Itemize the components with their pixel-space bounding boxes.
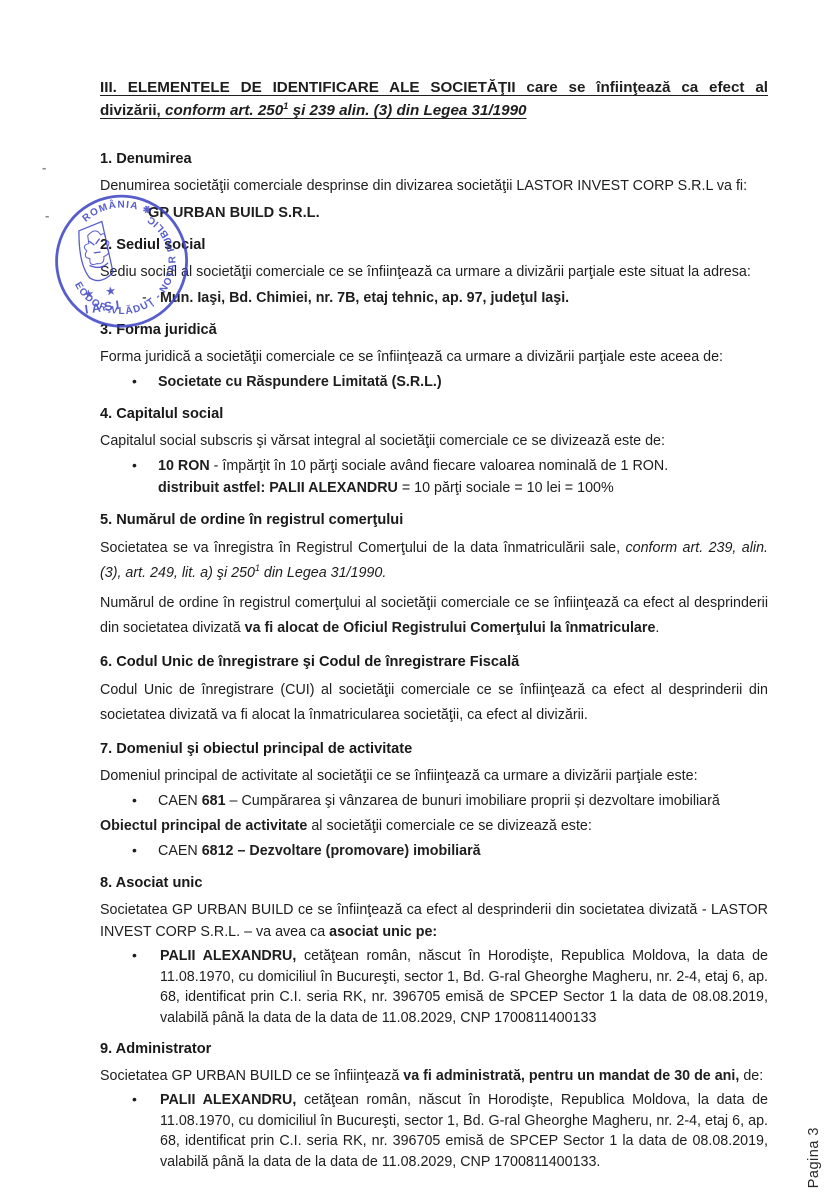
paragraph: Denumirea societăţii comerciale desprins… (100, 175, 768, 197)
paragraph: Societatea GP URBAN BUILD ce se înfiinţe… (100, 899, 768, 943)
bullet-icon: • (132, 1089, 137, 1110)
list-item: • 10 RON - împărţit în 10 părţi sociale … (100, 455, 768, 499)
title-line-1: III. ELEMENTELE DE IDENTIFICARE ALE SOCI… (100, 76, 768, 99)
section-heading-5: 5. Numărul de ordine în registrul comerţ… (100, 509, 768, 531)
list-item: • PALII ALEXANDRU, cetăţean român, născu… (100, 946, 768, 1028)
bullet-icon: • (132, 945, 137, 966)
bullet-icon: • (132, 789, 137, 811)
document-content: III. ELEMENTELE DE IDENTIFICARE ALE SOCI… (100, 76, 768, 1175)
document-title: III. ELEMENTELE DE IDENTIFICARE ALE SOCI… (100, 76, 768, 122)
paragraph: Codul Unic de înregistrare (CUI) al soci… (100, 678, 768, 728)
paragraph: Domeniul principal de activitate al soci… (100, 765, 768, 787)
list-item: • CAEN 6812 – Dezvoltare (promovare) imo… (100, 840, 768, 862)
paragraph: Societatea se va înregistra în Registrul… (100, 536, 768, 586)
list-item: • Societate cu Răspundere Limitată (S.R.… (100, 371, 768, 393)
section-heading-6: 6. Codul Unic de înregistrare şi Codul d… (100, 651, 768, 673)
list-item: • PALII ALEXANDRU, cetăţean român, născu… (100, 1090, 768, 1172)
section-heading-3: 3. Forma juridică (100, 319, 768, 341)
list-item: • CAEN 681 – Cumpărarea şi vânzarea de b… (100, 790, 768, 812)
section-heading-7: 7. Domeniul şi obiectul principal de act… (100, 738, 768, 760)
paragraph: Obiectul principal de activitate al soci… (100, 815, 768, 837)
title-line-2: divizării, conform art. 2501 şi 239 alin… (100, 99, 768, 122)
page-number: Pagina 3 (806, 1127, 822, 1188)
company-name-line: GP URBAN BUILD S.R.L. (148, 202, 768, 224)
paragraph: Societatea GP URBAN BUILD ce se înfiinţe… (100, 1065, 768, 1087)
document-page: - - III. ELEMENTELE DE IDENTIFICARE ALE … (0, 0, 832, 1200)
paragraph: Sediu social al societăţii comerciale ce… (100, 261, 768, 283)
section-heading-9: 9. Administrator (100, 1038, 768, 1060)
section-heading-8: 8. Asociat unic (100, 872, 768, 894)
scan-margin-mark: - (42, 160, 46, 175)
section-heading-2: 2. Sediul social (100, 234, 768, 256)
bullet-icon: • (132, 839, 137, 861)
paragraph: Capitalul social subscris şi vărsat inte… (100, 430, 768, 452)
paragraph: Forma juridică a societăţii comerciale c… (100, 346, 768, 368)
address-item: - Mun. Iaşi, Bd. Chimiei, nr. 7B, etaj t… (100, 287, 768, 309)
section-heading-4: 4. Capitalul social (100, 403, 768, 425)
dash-icon: - (142, 287, 147, 309)
bullet-icon: • (132, 370, 137, 392)
bullet-icon: • (132, 454, 137, 476)
paragraph: Numărul de ordine în registrul comerţulu… (100, 591, 768, 641)
section-heading-1: 1. Denumirea (100, 148, 768, 170)
scan-margin-mark: - (45, 208, 49, 223)
